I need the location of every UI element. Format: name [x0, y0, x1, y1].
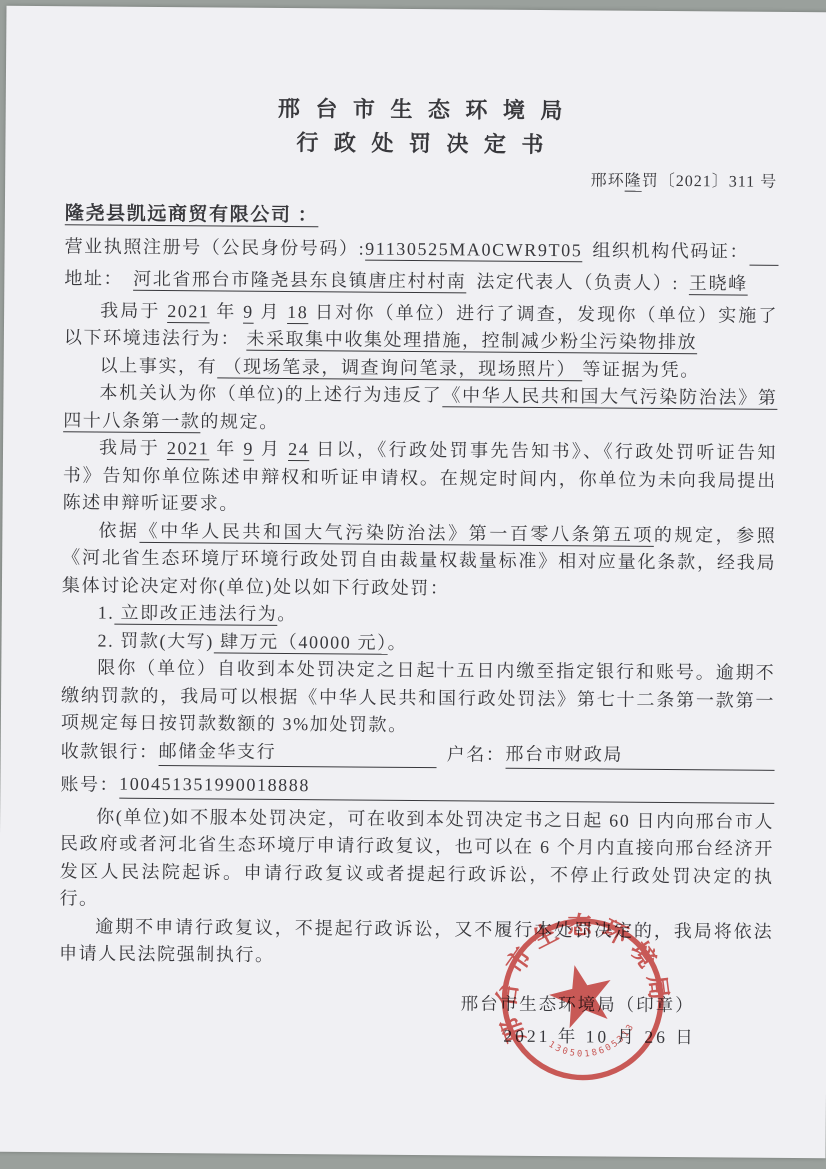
violation-paragraph: 本机关认为你（单位)的上述行为违反了《中华人民共和国大气污染防治法》第四十八条第… [63, 379, 777, 440]
text-segment: 我局于 [99, 438, 167, 459]
filled-in-value: 肆万元（40000 元） [214, 631, 388, 652]
filled-in-value: 24 [288, 439, 309, 459]
text-segment: 我局于 [100, 300, 167, 321]
filled-in-value: 2021 [167, 438, 210, 458]
recipient-company: 隆尧县凯远商贸有限公司 ： [65, 200, 779, 233]
filled-in-value: 未采取集中收集处理措施，控制减少粉尘污染物排放 [246, 329, 697, 353]
account-no-label: 账号： [60, 771, 119, 799]
document-type-title: 行 政 处 罚 决 定 书 [296, 130, 548, 157]
filled-in-value: 2021 [167, 301, 210, 321]
filled-in-value: 9 [243, 439, 254, 459]
bank-row: 收款银行： 邮储金华支行 户名： 邢台市财政局 [61, 737, 775, 771]
address-label: 地址： [64, 265, 123, 293]
address-row: 地址： 河北省邢台市隆尧县东良镇唐庄村村南 法定代表人（负责人）: 王晓峰 [64, 265, 778, 298]
legal-rep-label: 法定代表人（负责人）: [476, 268, 679, 297]
text-segment: 你(单位)如不服本处罚决定，可在收到本处罚决定书之日起 60 日内向邢台市人民政… [59, 806, 774, 909]
document-title: 邢 台 市 生 态 环 境 局 行 政 处 罚 决 定 书 [65, 90, 780, 164]
text-segment: 限你（单位）自收到本处罚决定之日起十五日内缴至指定银行和账号。逾期不缴纳罚款的，… [61, 658, 776, 735]
document-page: 邢 台 市 生 态 环 境 局 行 政 处 罚 决 定 书 邢环隆罚〔2021〕… [0, 6, 826, 1158]
text-segment: 2. 罚款(大写) [97, 630, 214, 651]
text-segment: 年 [209, 438, 243, 458]
text-segment: 罚〔2021〕311 号 [642, 173, 778, 191]
address-value: 河北省邢台市隆尧县东良镇唐庄村村南 [133, 265, 466, 295]
filled-in-value: 9 [243, 301, 254, 321]
text-segment: 逾期不申请行政复议，不提起行政诉讼，又不履行本处罚决定的，我局将依法申请人民法院… [59, 916, 773, 965]
issuing-authority-title: 邢 台 市 生 态 环 境 局 [278, 96, 568, 123]
account-no-value: 100451351990018888 [119, 770, 774, 804]
filled-in-value: 《中华人民共和国大气污染防治法》第一百零八条第五项 [139, 520, 654, 544]
text-segment: 月 [254, 301, 288, 321]
legal-basis-paragraph: 依据《中华人民共和国大气污染防治法》第一百零八条第五项的规定，参照《河北省生态环… [62, 517, 777, 605]
text-segment: 邢环 [591, 172, 625, 189]
filled-in-value: 18 [287, 301, 308, 321]
text-segment: 以上事实，有 [100, 355, 218, 376]
closing-paragraphs: 你(单位)如不服本处罚决定，可在收到本处罚决定书之日起 60 日内向邢台市人民政… [59, 803, 774, 974]
notification-paragraph: 我局于 2021 年 9 月 24 日以，《行政处罚事先告知书》、《行政处罚听证… [63, 434, 778, 522]
bank-value: 邮储金华支行 [159, 737, 437, 768]
filled-in-value: 隆 [625, 173, 642, 190]
org-code-label: 组织机构代码证： [592, 237, 749, 266]
text-segment: 1. [98, 603, 115, 623]
appeal-rights-paragraph: 你(单位)如不服本处罚决定，可在收到本处罚决定书之日起 60 日内向邢台市人民政… [59, 803, 774, 919]
seal-star-icon [544, 958, 619, 1031]
text-segment: 。 [388, 632, 408, 652]
main-paragraphs: 我局于 2021 年 9 月 18 日对你（单位）进行了调查，发现你（单位）实施… [61, 297, 778, 743]
text-segment: 本机关认为你（单位)的上述行为违反了 [99, 383, 442, 406]
text-segment: 。 [277, 604, 297, 624]
company-name: 隆尧县凯远商贸有限公司 ： [65, 200, 319, 229]
filled-in-value: 立即改正违法行为 [114, 603, 277, 624]
org-code-blank [749, 245, 779, 266]
investigation-paragraph: 我局于 2021 年 9 月 18 日对你（单位）进行了调查，发现你（单位）实施… [64, 297, 778, 358]
license-row: 营业执照注册号（公民身份号码）: 91130525MA0CWR9T05 组织机构… [65, 233, 779, 266]
text-segment: 等证据为凭。 [582, 359, 700, 380]
payment-terms-paragraph: 限你（单位）自收到本处罚决定之日起十五日内缴至指定银行和账号。逾期不缴纳罚款的，… [61, 654, 776, 742]
license-label: 营业执照注册号（公民身份号码）: [65, 233, 366, 263]
bank-label: 收款银行： [61, 738, 159, 766]
account-name-label: 户名： [447, 741, 506, 769]
account-row: 账号： 100451351990018888 [60, 770, 774, 804]
document-content: 邢 台 市 生 态 环 境 局 行 政 处 罚 决 定 书 邢环隆罚〔2021〕… [59, 90, 780, 973]
enforcement-paragraph: 逾期不申请行政复议，不提起行政诉讼，又不履行本处罚决定的，我局将依法申请人民法院… [59, 913, 773, 974]
document-number: 邢环隆罚〔2021〕311 号 [65, 164, 777, 196]
text-segment: 的规定。 [200, 411, 279, 432]
account-name-value: 邢台市财政局 [505, 740, 774, 771]
legal-rep-value: 王晓峰 [689, 270, 748, 298]
license-value: 91130525MA0CWR9T05 [365, 235, 582, 264]
filled-in-value: （现场笔录，调查询问笔录，现场照片） [217, 356, 582, 379]
text-segment: 年 [210, 301, 244, 321]
text-segment: 月 [254, 439, 288, 459]
text-segment: 依据 [98, 520, 139, 540]
